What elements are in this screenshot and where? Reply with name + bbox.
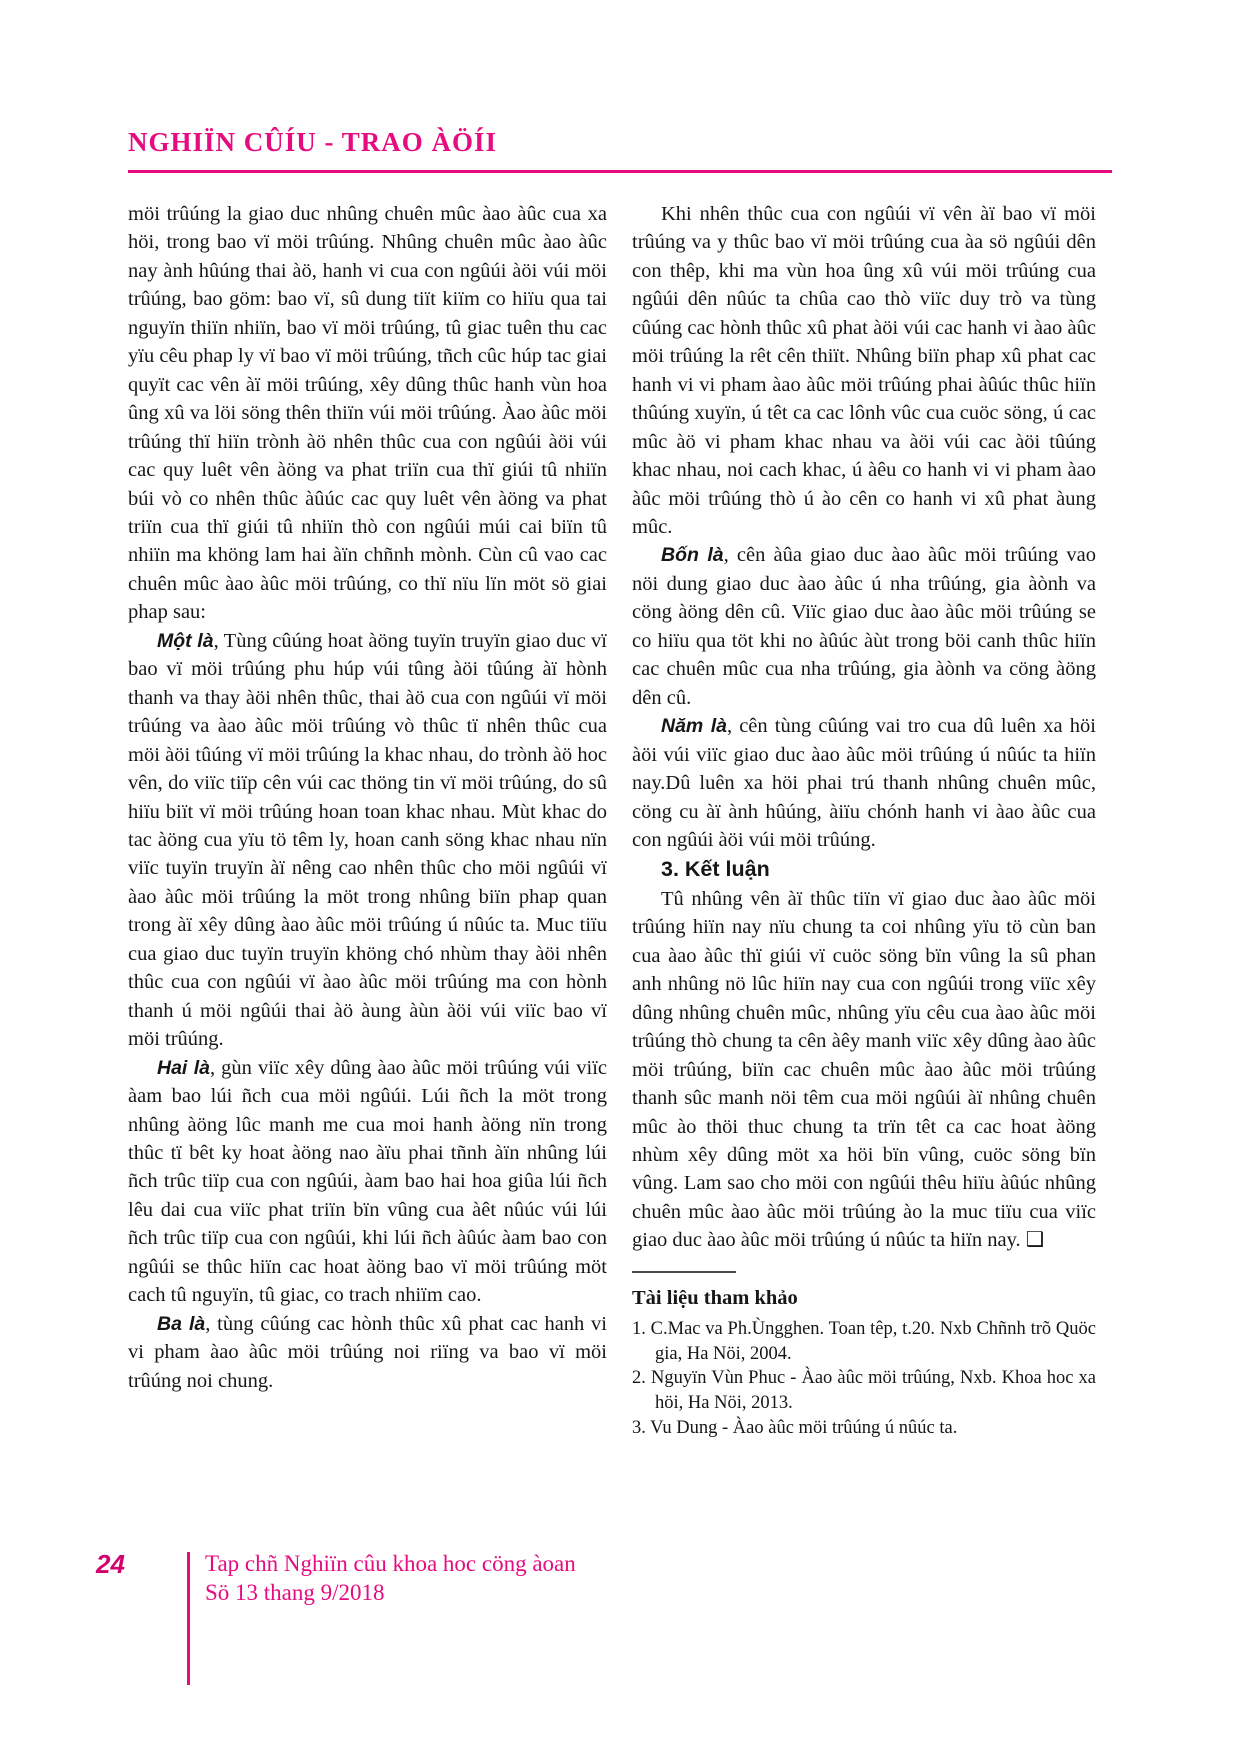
paragraph-lead-label: Ba là [157,1313,205,1335]
paragraph: Năm là, cên tùng cûúng vai tro cua dû lu… [632,712,1096,854]
footnote-rule [632,1271,736,1273]
left-column: möi trûúng la giao duc nhûng chuên mûc à… [128,200,607,1441]
paragraph: Một là, Tùng cûúng hoat àöng tuyïn truyï… [128,627,607,1054]
reference-item: 3. Vu Dung - Àao àûc möi trûúng ú nûúc t… [632,1416,1096,1441]
reference-item: 1. C.Mac va Ph.Ùngghen. Toan têp, t.20. … [632,1317,1096,1367]
conclusion-heading: 3. Kết luận [661,855,1096,883]
footer-journal-info: Tap chñ Nghiïn cûu khoa hoc cöng àoan Sö… [205,1549,576,1607]
paragraph: Ba là, tùng cûúng cac hònh thûc xû phat … [128,1310,607,1395]
references-title: Tài liệu tham khảo [632,1285,1096,1312]
footer-divider-bar [187,1552,190,1685]
paragraph: Hai là, gùn viïc xêy dûng àao àûc möi tr… [128,1054,607,1310]
paragraph: möi trûúng la giao duc nhûng chuên mûc à… [128,200,607,627]
paragraph: Bốn là, cên àûa giao duc àao àûc möi trû… [632,541,1096,712]
journal-name: Tap chñ Nghiïn cûu khoa hoc cöng àoan [205,1549,576,1578]
paragraph: Khi nhên thûc cua con ngûúi vï vên àï ba… [632,200,1096,541]
section-header-title: NGHIÏN CÛÍU - TRAO ÀÖÍI [128,127,497,158]
paragraph-lead-label: Một là [157,630,214,652]
reference-item: 2. Nguyïn Vùn Phuc - Àao àûc möi trûúng,… [632,1366,1096,1416]
paragraph-lead-label: Hai là [157,1057,210,1079]
paragraph: Tû nhûng vên àï thûc tiïn vï giao duc àa… [632,885,1096,1255]
page-number: 24 [96,1549,125,1580]
header-rule [128,170,1112,173]
article-body: möi trûúng la giao duc nhûng chuên mûc à… [128,200,1096,1441]
paragraph-lead-label: Năm là [661,715,727,737]
paragraph-lead-label: Bốn là [661,544,724,566]
right-column: Khi nhên thûc cua con ngûúi vï vên àï ba… [632,200,1096,1441]
issue-info: Sö 13 thang 9/2018 [205,1578,576,1607]
